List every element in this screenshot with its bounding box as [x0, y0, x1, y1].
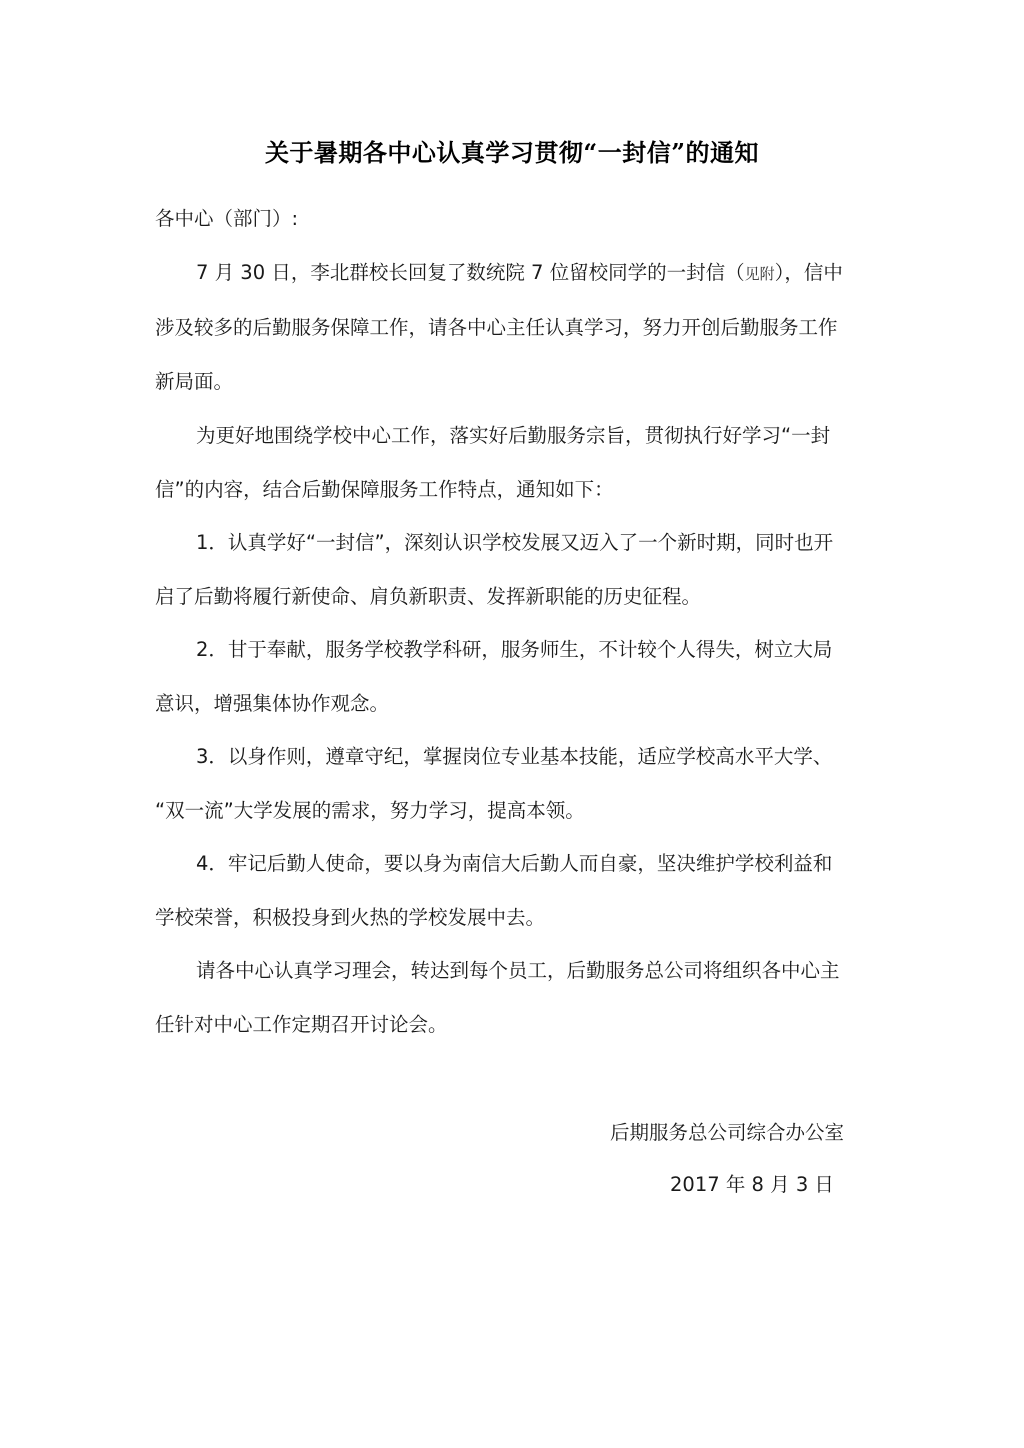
- closing-line-2: 任针对中心工作定期召开讨论会。: [155, 1012, 448, 1038]
- item-3-line-1: 3．以身作则，遵章守纪，掌握岗位专业基本技能，适应学校高水平大学、: [196, 744, 832, 770]
- item-4-line-1: 4．牢记后勤人使命，要以身为南信大后勤人而自豪，坚决维护学校利益和: [196, 851, 832, 877]
- salutation: 各中心（部门）:: [155, 206, 298, 232]
- closing-line-1: 请各中心认真学习理会，转达到每个员工，后勤服务总公司将组织各中心主: [196, 958, 840, 984]
- item-3-line-2: “双一流”大学发展的需求，努力学习，提高本领。: [155, 798, 585, 824]
- item-4-line-2: 学校荣誉，积极投身到火热的学校发展中去。: [155, 905, 545, 931]
- paragraph-1-line-1: 7 月 30 日，李北群校长回复了数统院 7 位留校同学的一封信（见附），信中: [196, 260, 843, 287]
- signature-organization: 后期服务总公司综合办公室: [610, 1120, 844, 1146]
- paragraph-1-line-1-tail: ），信中: [775, 261, 843, 284]
- attachment-note: 见附: [745, 265, 775, 283]
- item-2-line-1: 2．甘于奉献，服务学校教学科研，服务师生，不计较个人得失，树立大局: [196, 637, 832, 663]
- paragraph-1-line-2: 涉及较多的后勤服务保障工作，请各中心主任认真学习，努力开创后勤服务工作: [155, 315, 838, 341]
- document-title: 关于暑期各中心认真学习贯彻“一封信”的通知: [0, 133, 1024, 168]
- item-2-line-2: 意识，增强集体协作观念。: [155, 691, 389, 717]
- paragraph-1-line-3: 新局面。: [155, 369, 233, 395]
- item-1-line-2: 启了后勤将履行新使命、肩负新职责、发挥新职能的历史征程。: [155, 584, 701, 610]
- paragraph-2-line-2: 信”的内容，结合后勤保障服务工作特点，通知如下：: [155, 477, 614, 503]
- signature-date: 2017 年 8 月 3 日: [670, 1172, 834, 1198]
- item-1-line-1: 1．认真学好“一封信”，深刻认识学校发展又迈入了一个新时期，同时也开: [196, 530, 833, 556]
- paragraph-2-line-1: 为更好地围绕学校中心工作，落实好后勤服务宗旨，贯彻执行好学习“一封: [196, 423, 830, 449]
- paragraph-1-line-1-text: 7 月 30 日，李北群校长回复了数统院 7 位留校同学的一封信（: [196, 261, 745, 284]
- document-page: 关于暑期各中心认真学习贯彻“一封信”的通知 各中心（部门）: 7 月 30 日，…: [0, 0, 1024, 1448]
